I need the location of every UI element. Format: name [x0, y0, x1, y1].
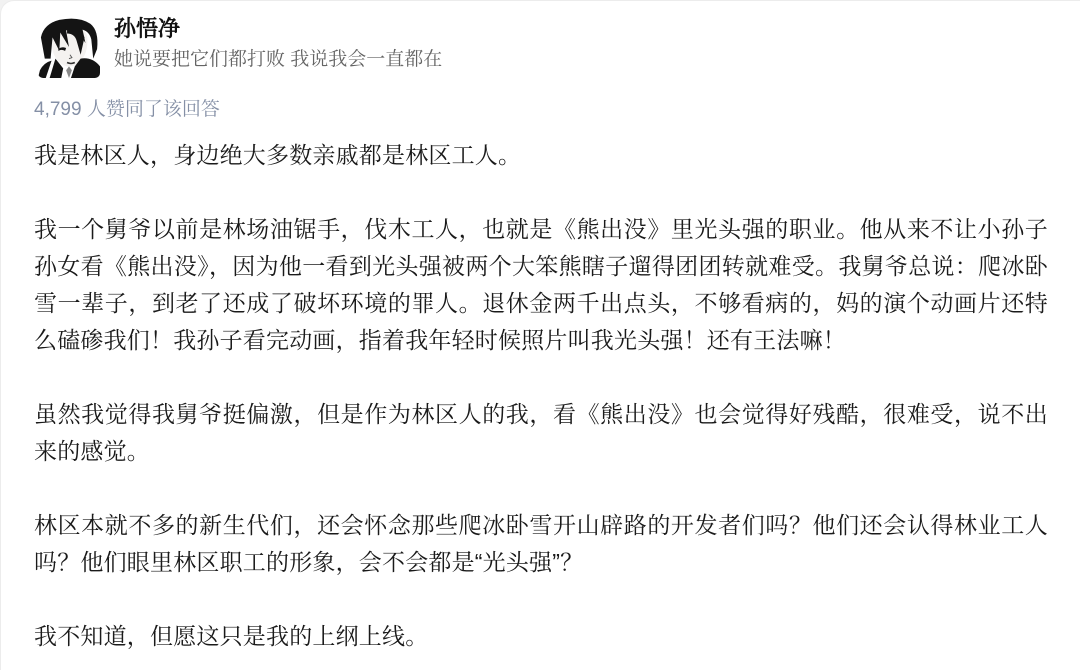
- answer-paragraph-2: 我一个舅爷以前是林场油锯手，伐木工人，也就是《熊出没》里光头强的职业。他从来不让…: [34, 211, 1048, 359]
- author-headline: 她说要把它们都打败 我说我会一直都在: [114, 47, 442, 72]
- avatar[interactable]: [38, 16, 100, 78]
- author-name[interactable]: 孙悟净: [114, 15, 442, 43]
- answer-paragraph-5: 我不知道，但愿这只是我的上纲上线。: [34, 618, 1048, 655]
- author-meta: 孙悟净 她说要把它们都打败 我说我会一直都在: [114, 14, 442, 72]
- answer-paragraph-4: 林区本就不多的新生代们，还会怀念那些爬冰卧雪开山辟路的开发者们吗？他们还会认得林…: [34, 507, 1048, 581]
- upvote-count-link[interactable]: 4,799 人赞同了该回答: [34, 98, 220, 122]
- answer-body: 我是林区人，身边绝大多数亲戚都是林区工人。 我一个舅爷以前是林场油锯手，伐木工人…: [34, 137, 1048, 655]
- author-header: 孙悟净 她说要把它们都打败 我说我会一直都在: [34, 14, 1048, 78]
- avatar-image: [38, 16, 100, 78]
- answer-paragraph-1: 我是林区人，身边绝大多数亲戚都是林区工人。: [34, 137, 1048, 174]
- answer-paragraph-3: 虽然我觉得我舅爷挺偏激，但是作为林区人的我，看《熊出没》也会觉得好残酷，很难受，…: [34, 396, 1048, 470]
- answer-card: 孙悟净 她说要把它们都打败 我说我会一直都在 4,799 人赞同了该回答 我是林…: [0, 0, 1080, 670]
